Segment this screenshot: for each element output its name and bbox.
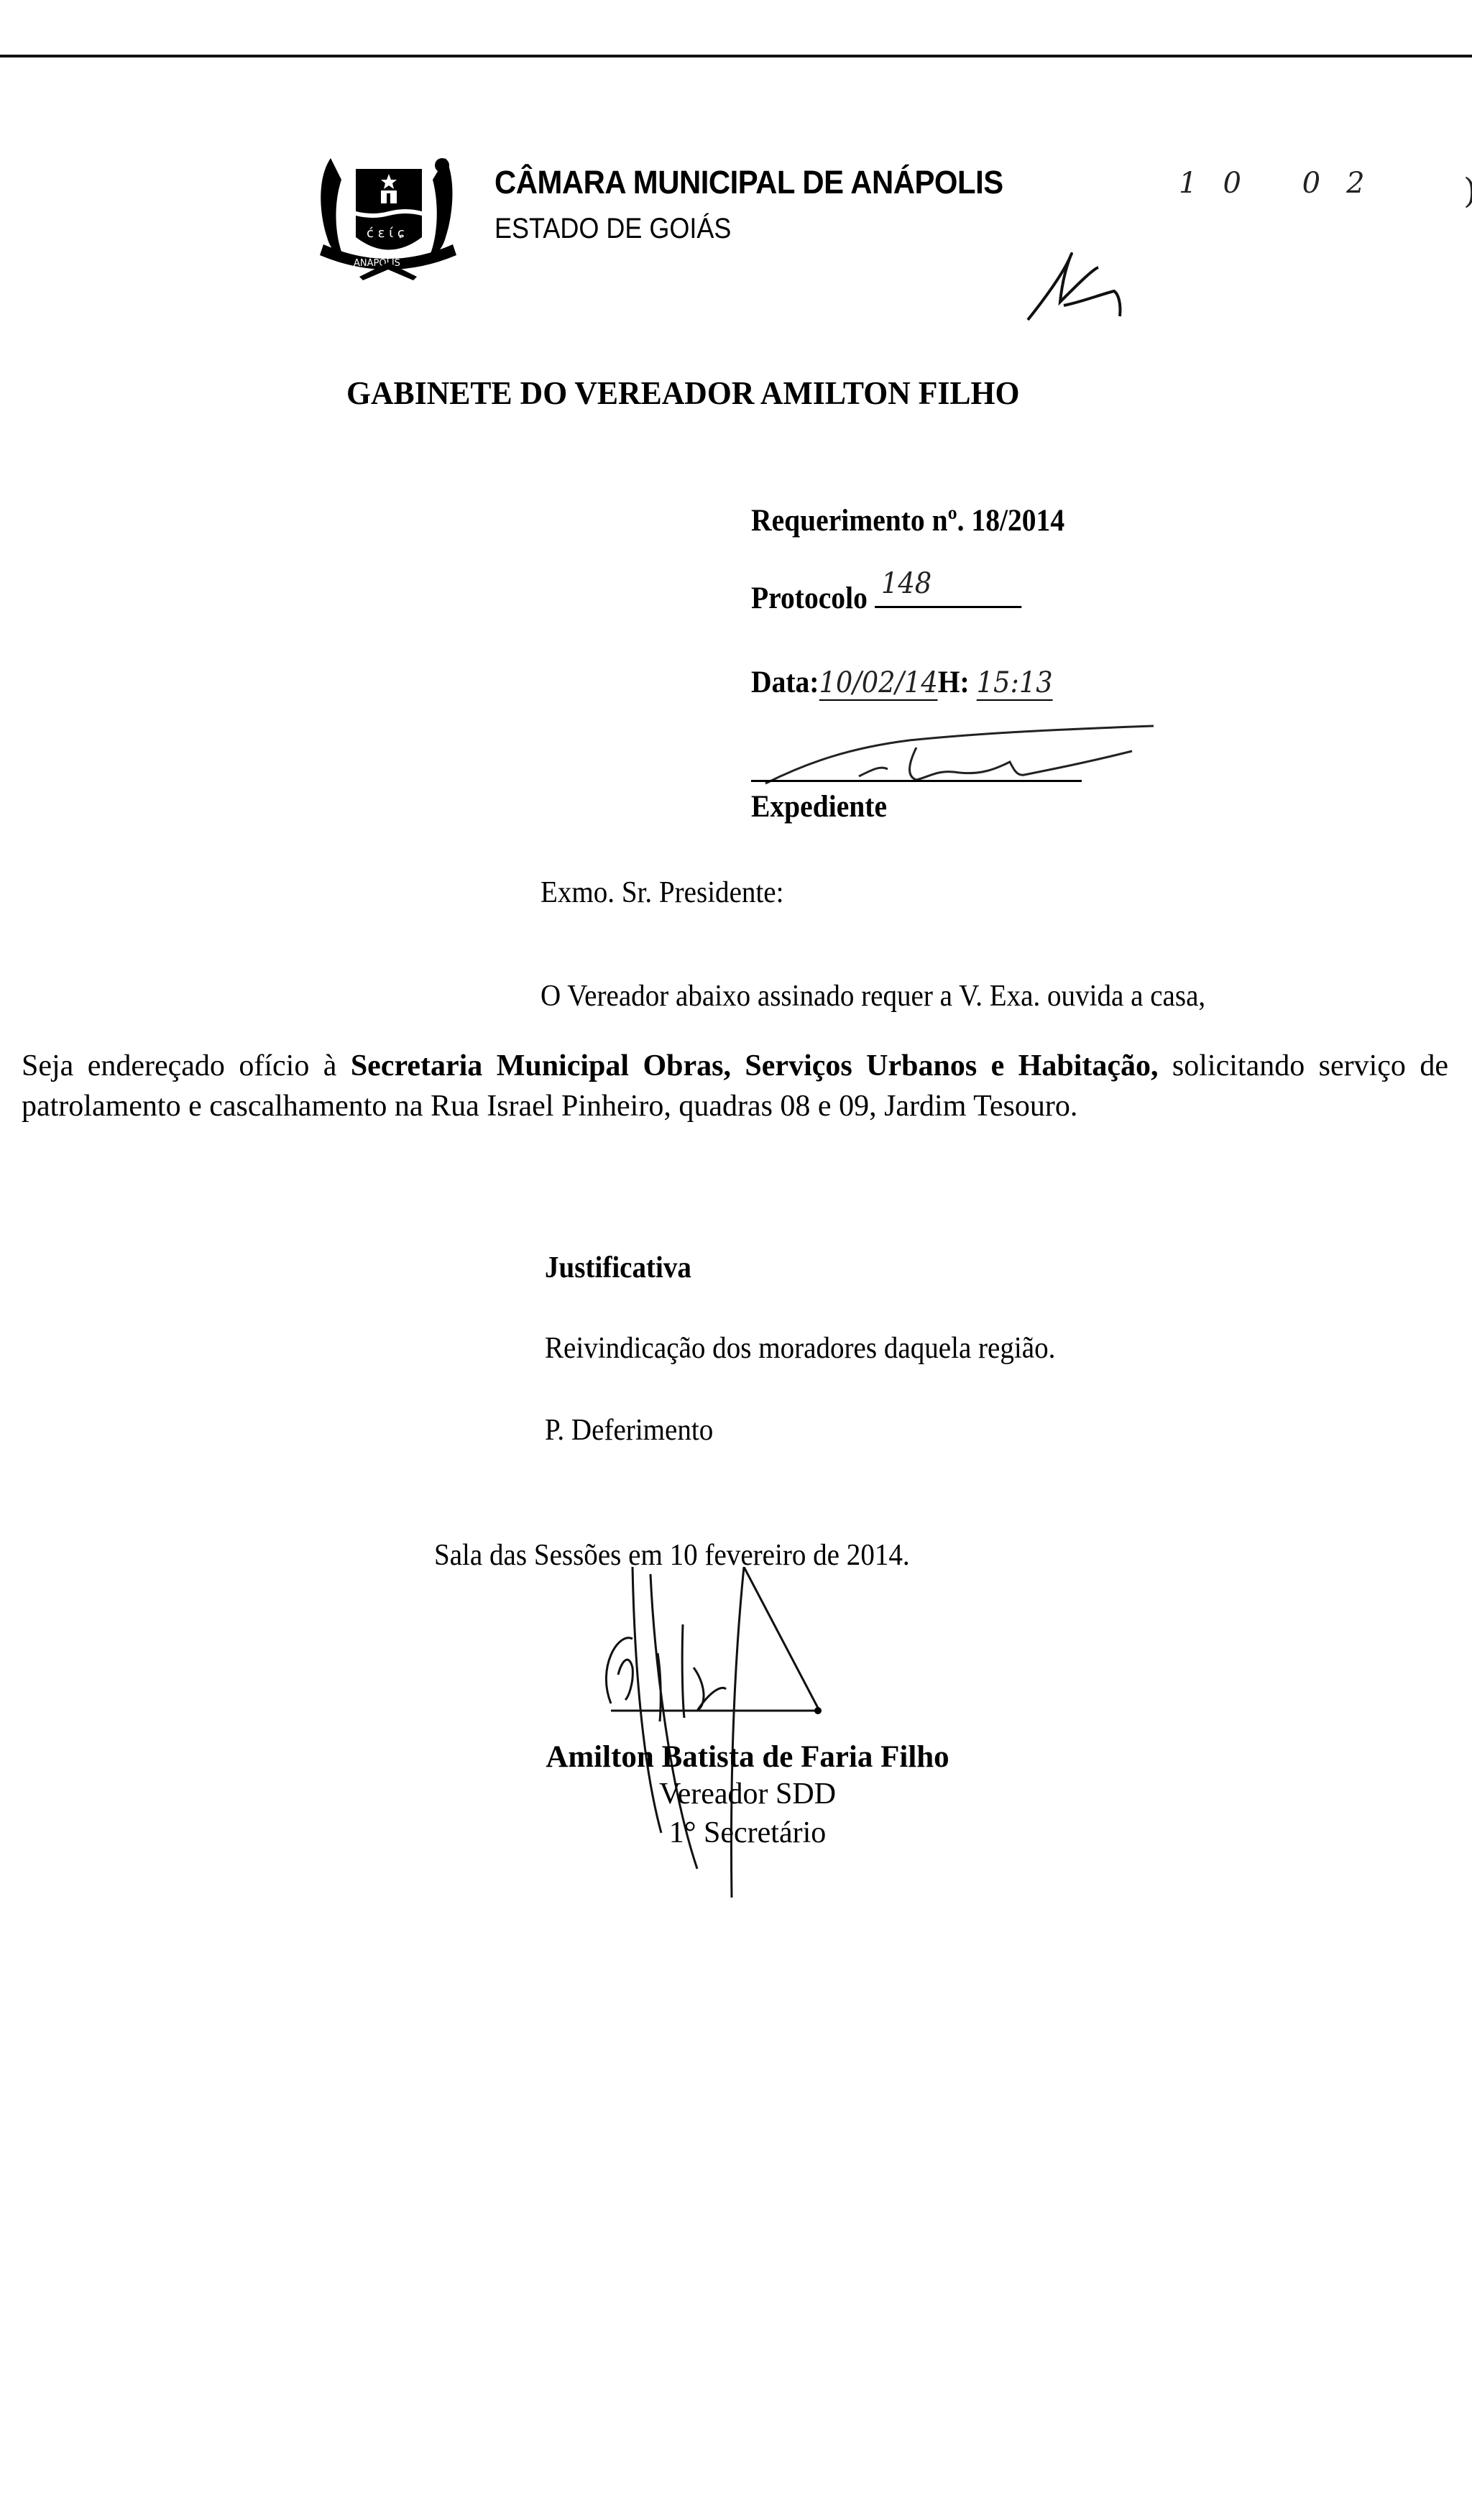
handwritten-bracket: ) [1463, 171, 1472, 211]
date-hour-field: Data:10/02/14H: 15:13 [751, 665, 1053, 701]
protocol-value: 148 [881, 567, 931, 600]
protocol-field: Protocolo 148 [751, 581, 1021, 616]
request-recipient: Secretaria Municipal Obras, Serviços Urb… [351, 1049, 1159, 1082]
dispatch-signature-line [751, 780, 1082, 782]
state-name: ESTADO DE GOIÁS [494, 213, 731, 245]
signer-block: Amilton Batista de Faria Filho Vereador … [431, 1739, 1064, 1852]
institution-name: CÂMARA MUNICIPAL DE ANÁPOLIS [494, 164, 1003, 201]
salutation: Exmo. Sr. Presidente: [540, 875, 784, 910]
protocol-blank: 148 [875, 581, 1021, 608]
svg-text:ć ɛ ί ɕ: ć ɛ ί ɕ [367, 226, 405, 241]
handwritten-initials-icon [1013, 237, 1179, 331]
municipal-coat-of-arms-icon: ć ɛ ί ɕ ANÁPOLIS [309, 137, 467, 295]
signer-name: Amilton Batista de Faria Filho [431, 1739, 1064, 1775]
protocol-label: Protocolo [751, 581, 868, 615]
signer-role: Vereador SDD [431, 1775, 1064, 1813]
closing-remark: P. Deferimento [545, 1413, 713, 1448]
date-label: Data: [751, 666, 819, 699]
justification-heading: Justificativa [545, 1251, 691, 1285]
request-number: Requerimento nº. 18/2014 [751, 503, 1064, 538]
hour-label: H: [938, 666, 970, 699]
intro-paragraph: O Vereador abaixo assinado requer a V. E… [540, 979, 1205, 1013]
dispatch-label: Expediente [751, 789, 887, 824]
handwritten-date-note: 10 02 [1179, 167, 1391, 200]
request-paragraph: Seja endereçado ofício à Secretaria Muni… [22, 1046, 1448, 1126]
office-title: GABINETE DO VEREADOR AMILTON FILHO [346, 374, 1020, 412]
signer-title: 1° Secretário [431, 1813, 1064, 1852]
hour-value: 15:13 [977, 666, 1053, 701]
date-value: 10/02/14 [819, 666, 937, 701]
top-border-line [0, 55, 1472, 58]
request-lead: Seja endereçado ofício à [22, 1049, 351, 1082]
justification-text: Reivindicação dos moradores daquela regi… [545, 1331, 1055, 1366]
